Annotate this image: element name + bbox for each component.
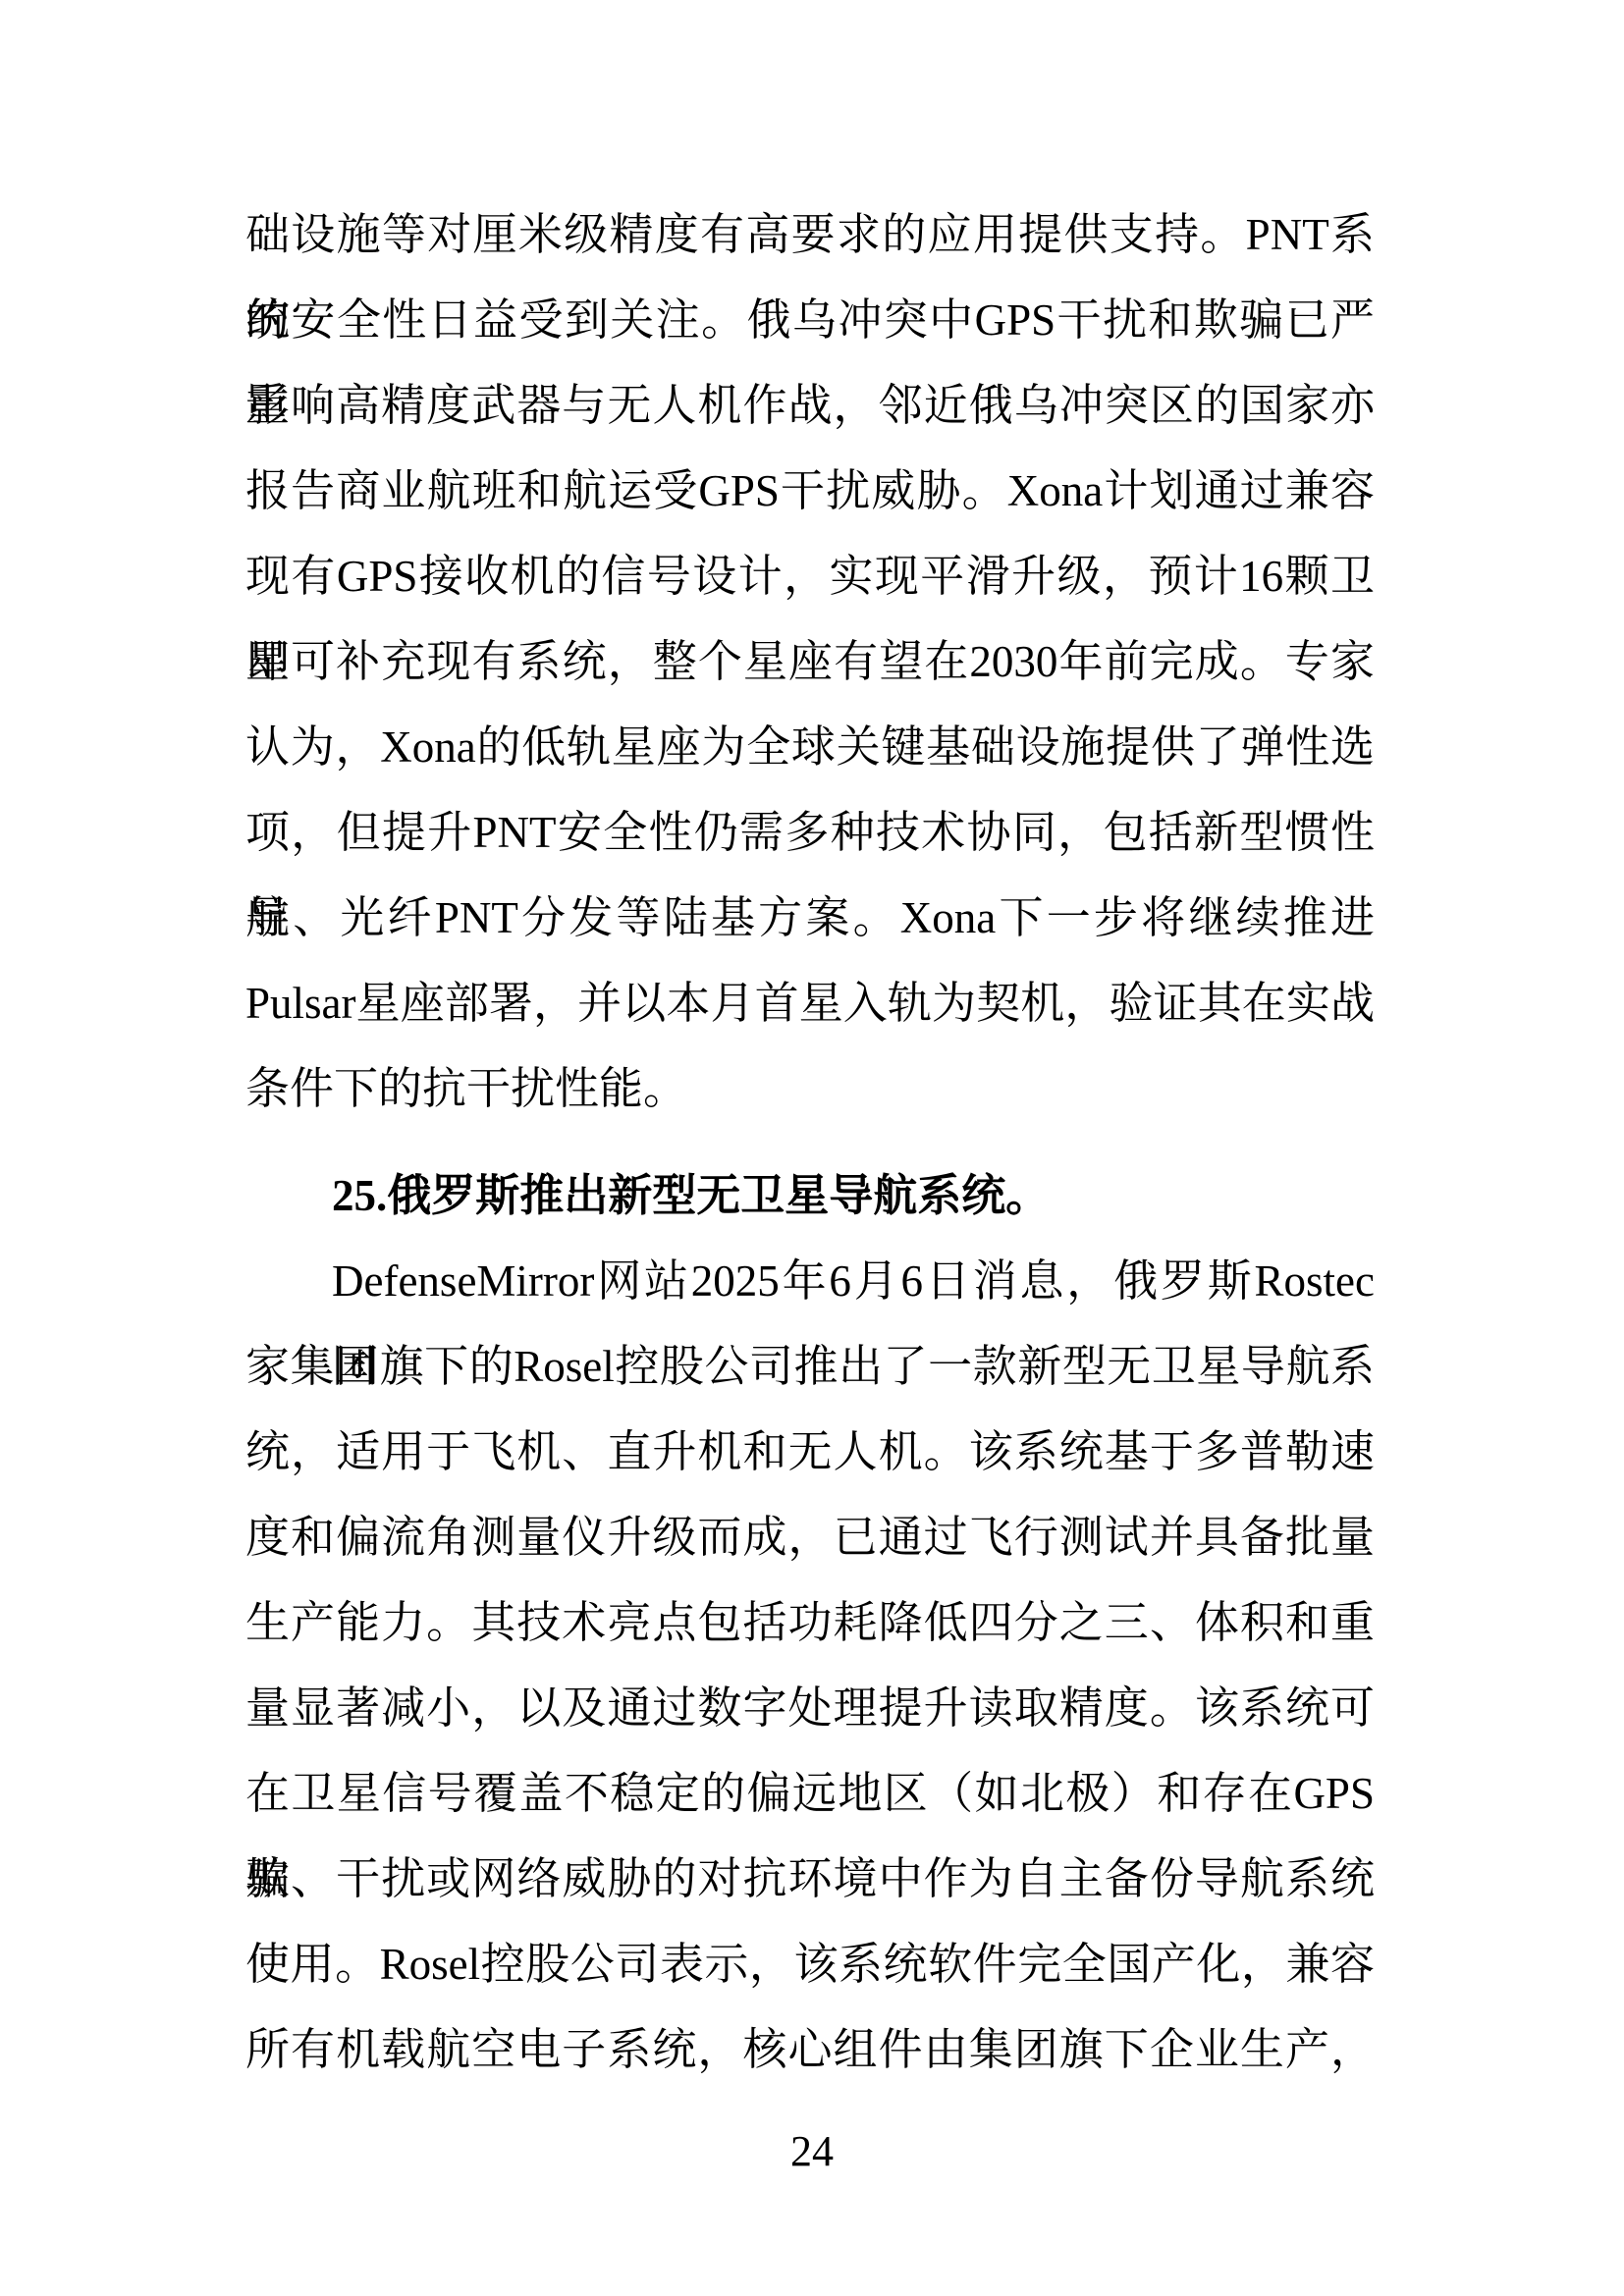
body-line: 报告商业航班和航运受GPS干扰威胁。Xona计划通过兼容 <box>245 449 1375 534</box>
body-line: 现有GPS接收机的信号设计，实现平滑升级，预计16颗卫星 <box>245 534 1375 619</box>
body-line: 量显著减小，以及通过数字处理提升读取精度。该系统可 <box>245 1666 1375 1751</box>
body-line: 航、光纤PNT分发等陆基方案。Xona下一步将继续推进 <box>245 876 1375 961</box>
body-line: DefenseMirror网站2025年6月6日消息，俄罗斯Rostec国 <box>245 1239 1375 1324</box>
body-line: 的安全性日益受到关注。俄乌冲突中GPS干扰和欺骗已严重 <box>245 278 1375 363</box>
body-line: 骗、干扰或网络威胁的对抗环境中作为自主备份导航系统 <box>245 1837 1375 1922</box>
body-line: Pulsar星座部署，并以本月首星入轨为契机，验证其在实战 <box>245 961 1375 1046</box>
document-text-block: 础设施等对厘米级精度有高要求的应用提供支持。PNT系统 的安全性日益受到关注。俄… <box>245 192 1375 2093</box>
body-line: 影响高精度武器与无人机作战，邻近俄乌冲突区的国家亦 <box>245 363 1375 449</box>
section-25-heading: 25.俄罗斯推出新型无卫星导航系统。 <box>245 1153 1375 1239</box>
body-line: 生产能力。其技术亮点包括功耗降低四分之三、体积和重 <box>245 1580 1375 1666</box>
body-line: 度和偏流角测量仪升级而成，已通过飞行测试并具备批量 <box>245 1495 1375 1580</box>
body-line: 所有机载航空电子系统，核心组件由集团旗下企业生产， <box>245 2007 1375 2093</box>
body-line: 使用。Rosel控股公司表示，该系统软件完全国产化，兼容 <box>245 1922 1375 2007</box>
body-line: 条件下的抗干扰性能。 <box>245 1046 1375 1132</box>
body-line: 家集团旗下的Rosel控股公司推出了一款新型无卫星导航系 <box>245 1324 1375 1410</box>
document-page: 础设施等对厘米级精度有高要求的应用提供支持。PNT系统 的安全性日益受到关注。俄… <box>0 0 1624 2296</box>
body-line: 在卫星信号覆盖不稳定的偏远地区（如北极）和存在GPS欺 <box>245 1751 1375 1837</box>
body-line: 础设施等对厘米级精度有高要求的应用提供支持。PNT系统 <box>245 192 1375 278</box>
body-line: 即可补充现有系统，整个星座有望在2030年前完成。专家 <box>245 619 1375 705</box>
body-line: 项，但提升PNT安全性仍需多种技术协同，包括新型惯性导 <box>245 790 1375 876</box>
body-line: 认为，Xona的低轨星座为全球关键基础设施提供了弹性选 <box>245 705 1375 790</box>
body-line: 统，适用于飞机、直升机和无人机。该系统基于多普勒速 <box>245 1410 1375 1495</box>
page-number: 24 <box>0 2122 1624 2181</box>
